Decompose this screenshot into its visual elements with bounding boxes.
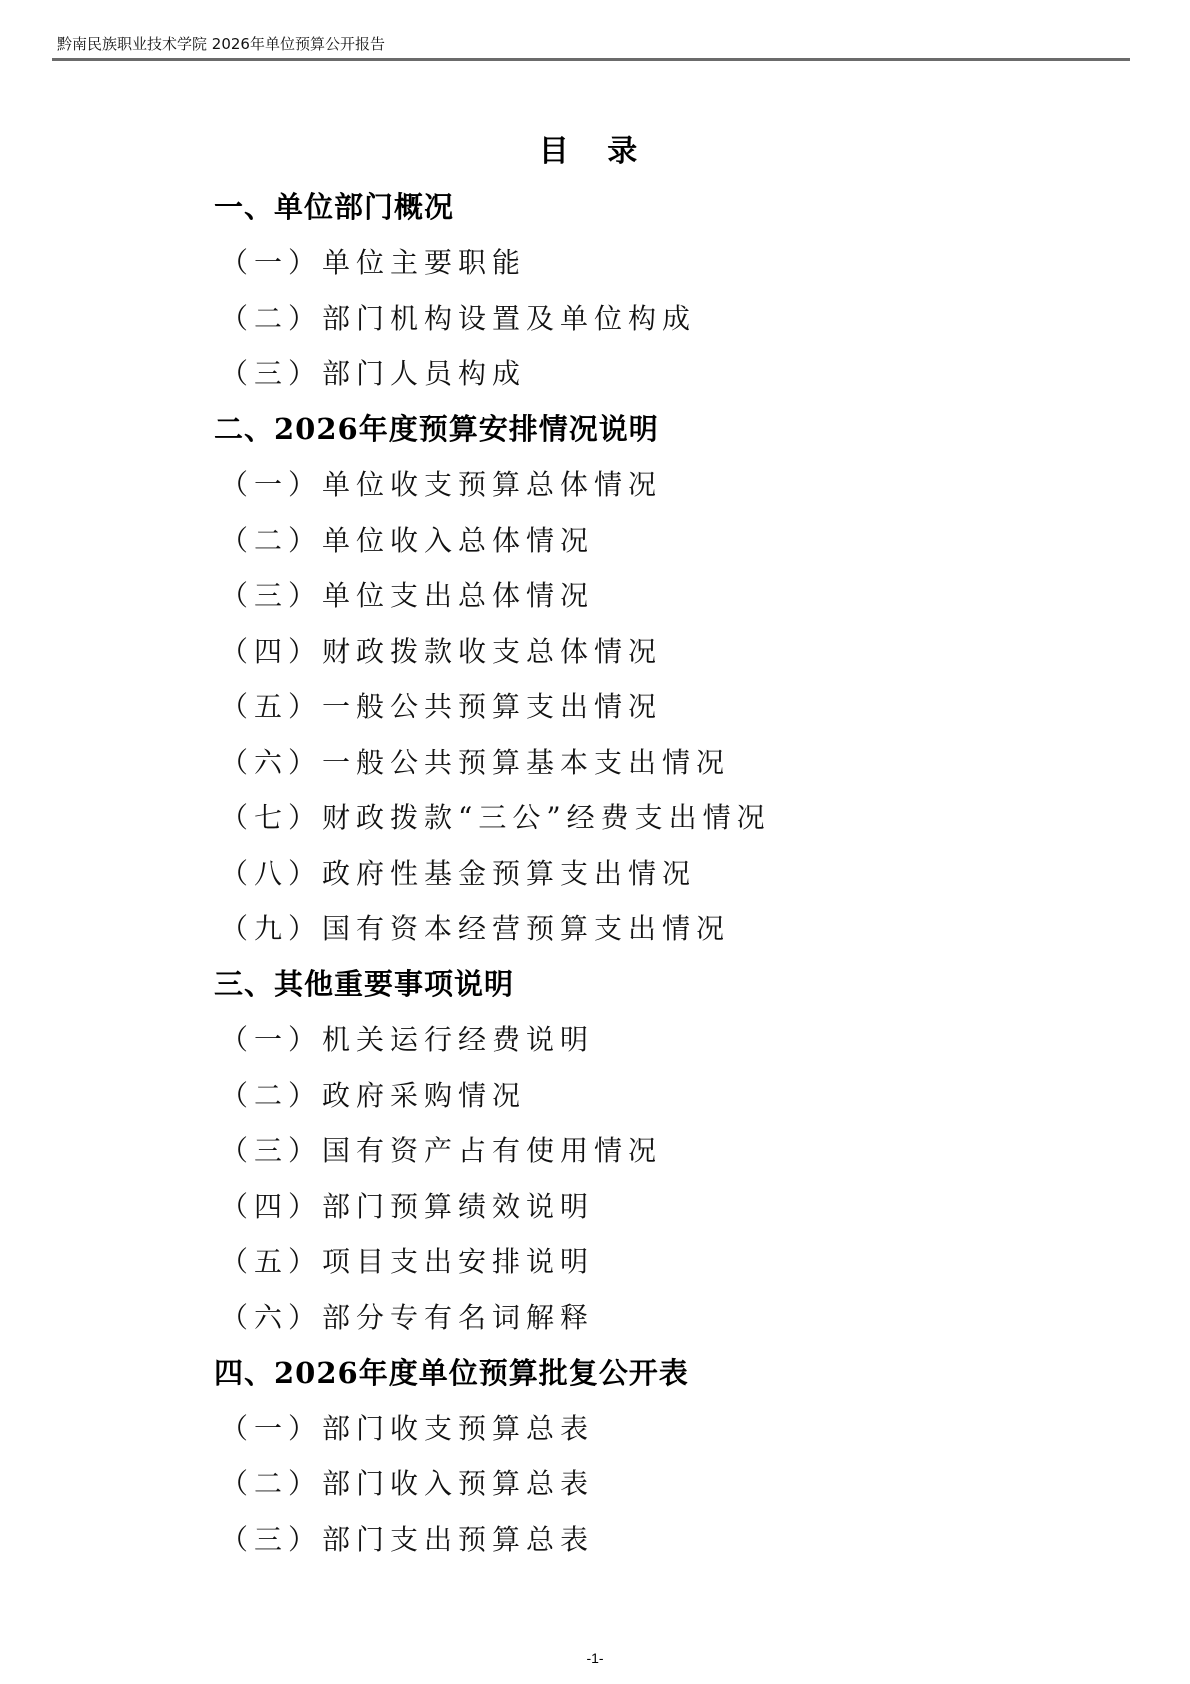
toc-entry[interactable]: （六）一般公共预算基本支出情况 bbox=[214, 733, 771, 789]
toc-entry[interactable]: （三）单位支出总体情况 bbox=[214, 567, 771, 623]
toc-entry[interactable]: （八）政府性基金预算支出情况 bbox=[214, 844, 771, 900]
table-of-contents: 一、单位部门概况 （一）单位主要职能 （二）部门机构设置及单位构成 （三）部门人… bbox=[214, 178, 771, 1566]
toc-entry[interactable]: （一）机关运行经费说明 bbox=[214, 1011, 771, 1067]
toc-entry[interactable]: （一）部门收支预算总表 bbox=[214, 1399, 771, 1455]
running-header: 黔南民族职业技术学院 2026年单位预算公开报告 bbox=[57, 33, 385, 54]
toc-entry[interactable]: （二）部门机构设置及单位构成 bbox=[214, 289, 771, 345]
toc-entry[interactable]: （六）部分专有名词解释 bbox=[214, 1288, 771, 1344]
toc-entry[interactable]: （三）部门人员构成 bbox=[214, 345, 771, 401]
toc-entry[interactable]: （五）项目支出安排说明 bbox=[214, 1233, 771, 1289]
toc-entry[interactable]: （一）单位收支预算总体情况 bbox=[214, 456, 771, 512]
toc-entry[interactable]: （七）财政拨款“三公”经费支出情况 bbox=[214, 789, 771, 845]
toc-entry[interactable]: （三）部门支出预算总表 bbox=[214, 1510, 771, 1566]
toc-section-heading[interactable]: 一、单位部门概况 bbox=[214, 178, 771, 234]
toc-entry[interactable]: （二）政府采购情况 bbox=[214, 1066, 771, 1122]
page-title: 目 录 bbox=[0, 126, 1190, 170]
toc-entry[interactable]: （四）财政拨款收支总体情况 bbox=[214, 622, 771, 678]
toc-entry[interactable]: （二）单位收入总体情况 bbox=[214, 511, 771, 567]
toc-entry[interactable]: （四）部门预算绩效说明 bbox=[214, 1177, 771, 1233]
toc-entry[interactable]: （二）部门收入预算总表 bbox=[214, 1455, 771, 1511]
toc-section-heading[interactable]: 三、其他重要事项说明 bbox=[214, 955, 771, 1011]
header-divider bbox=[52, 58, 1130, 61]
toc-entry[interactable]: （五）一般公共预算支出情况 bbox=[214, 678, 771, 734]
page-number: -1- bbox=[0, 1650, 1190, 1666]
toc-entry[interactable]: （九）国有资本经营预算支出情况 bbox=[214, 900, 771, 956]
toc-entry[interactable]: （一）单位主要职能 bbox=[214, 234, 771, 290]
toc-entry[interactable]: （三）国有资产占有使用情况 bbox=[214, 1122, 771, 1178]
toc-section-heading[interactable]: 二、2026年度预算安排情况说明 bbox=[214, 400, 771, 456]
toc-section-heading[interactable]: 四、2026年度单位预算批复公开表 bbox=[214, 1344, 771, 1400]
